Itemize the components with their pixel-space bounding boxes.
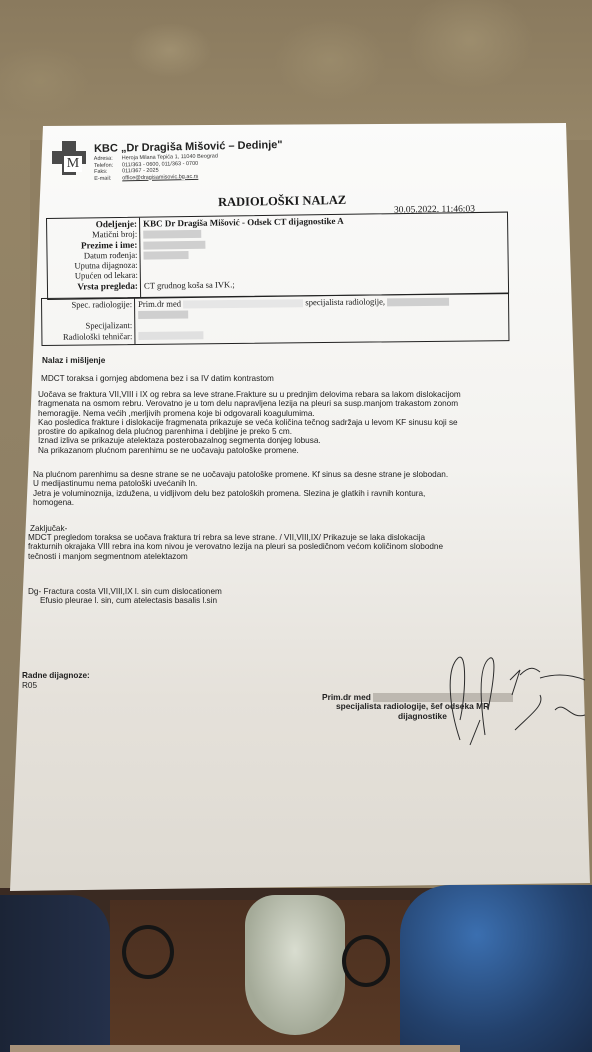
handwritten-signature [440,650,590,750]
diagnosis-text: Dg- Fractura costa VII,VIII,IX l. sin cu… [28,587,222,606]
working-diagnosis-title: Radne dijagnoze: [22,671,90,680]
patient-info-values: KBC Dr Dragiša Mišović - Odsek CT dijagn… [140,213,508,298]
spec-radiology-prefix: Prim.dr med [138,299,181,309]
findings-paragraph-right: Na plućnom parenhimu sa desne strane se … [33,470,448,507]
tehnicar-label: Radiološki tehničar: [42,331,132,342]
specijalizant-label: Specijalizant: [42,320,132,331]
contact-key: E-mail: [94,175,122,182]
conclusion-title: Zaključak- [30,524,67,533]
text-line: Na plućnom parenhimu sa desne strane se … [33,470,448,479]
hospital-logo-icon: M [52,141,86,175]
staff-info-labels: Spec. radiologije: Specijalizant: Radiol… [42,298,135,345]
redacted-value [143,230,201,239]
patient-field-label: Matični broj: [47,229,137,241]
patient-info-labels: Odeljenje:Matični broj:Prezime i ime:Dat… [47,218,141,299]
text-line: fragmenata na osmom rebru. Verovatno je … [38,399,461,408]
text-line: frakturnih okrajaka VIII rebra ina kom n… [28,542,443,551]
text-line: Iznad izliva se prikazuje atelektaza pos… [38,436,461,445]
document-title: RADIOLOŠKI NALAZ [218,193,346,210]
text-line: tečnosti i manjom segmentnom atelektazom [28,552,443,561]
redacted-specijalizant [138,311,188,320]
redacted-value [143,240,205,249]
redacted-tehnicar [138,331,203,340]
text-line: Jetra je voluminoznija, izdužena, u vidl… [33,489,448,498]
spec-radiology-suffix: specijalista radiologije, [305,296,385,307]
staff-info-box: Spec. radiologije: Specijalizant: Radiol… [41,293,509,346]
text-line: Uočava se fraktura VII,VIII i IX og rebr… [38,390,461,399]
patient-field-label: Vrsta pregleda: [48,281,138,293]
text-line: Efusio pleurae l. sin, cum atelectasis b… [28,596,222,605]
contact-value[interactable]: office@dragisamisovic.bg.ac.rs [122,173,198,181]
staff-info-values: Prim.dr med specijalista radiologije, [135,294,508,344]
radiology-report: M KBC „Dr Dragiša Mišović – Dedinje" Adr… [0,0,592,1052]
working-diagnosis-code: R05 [22,681,37,690]
text-line: prostire do apikalnog dela plućnog paren… [38,427,461,436]
patient-info-box: Odeljenje:Matični broj:Prezime i ime:Dat… [46,212,509,300]
text-line: MDCT pregledom toraksa se uočava fraktur… [28,533,443,542]
contact-row: E-mail:office@dragisamisovic.bg.ac.rs [94,173,218,182]
redacted-name [387,298,449,307]
redacted-value [143,251,188,260]
text-line: homogena. [33,498,448,507]
text-line: hemoragije. Nema većih ,merljivih promen… [38,409,461,418]
text-line: U medijastinumu nema patološki uvećanih … [33,479,448,488]
section-title-findings: Nalaz i mišljenje [42,356,105,365]
redacted-name [183,299,303,308]
text-line: Na prikazanom plućnom parenhimu se ne uo… [38,446,461,455]
exam-description: MDCT toraksa i gornjeg abdomena bez i sa… [41,374,274,383]
text-line: Dg- Fractura costa VII,VIII,IX l. sin cu… [28,587,222,596]
hospital-name: KBC „Dr Dragiša Mišović – Dedinje" [94,139,283,155]
spec-radiology-label: Spec. radiologije: [42,299,132,310]
findings-paragraph-left: Uočava se fraktura VII,VIII i IX og rebr… [38,390,461,455]
text-line: Kao posledica frakture i dislokacije fra… [38,418,461,427]
hospital-contact: Adresa:Heroja Milana Tepića 1, 11040 Beo… [94,153,219,182]
conclusion-text: MDCT pregledom toraksa se uočava fraktur… [28,533,443,561]
